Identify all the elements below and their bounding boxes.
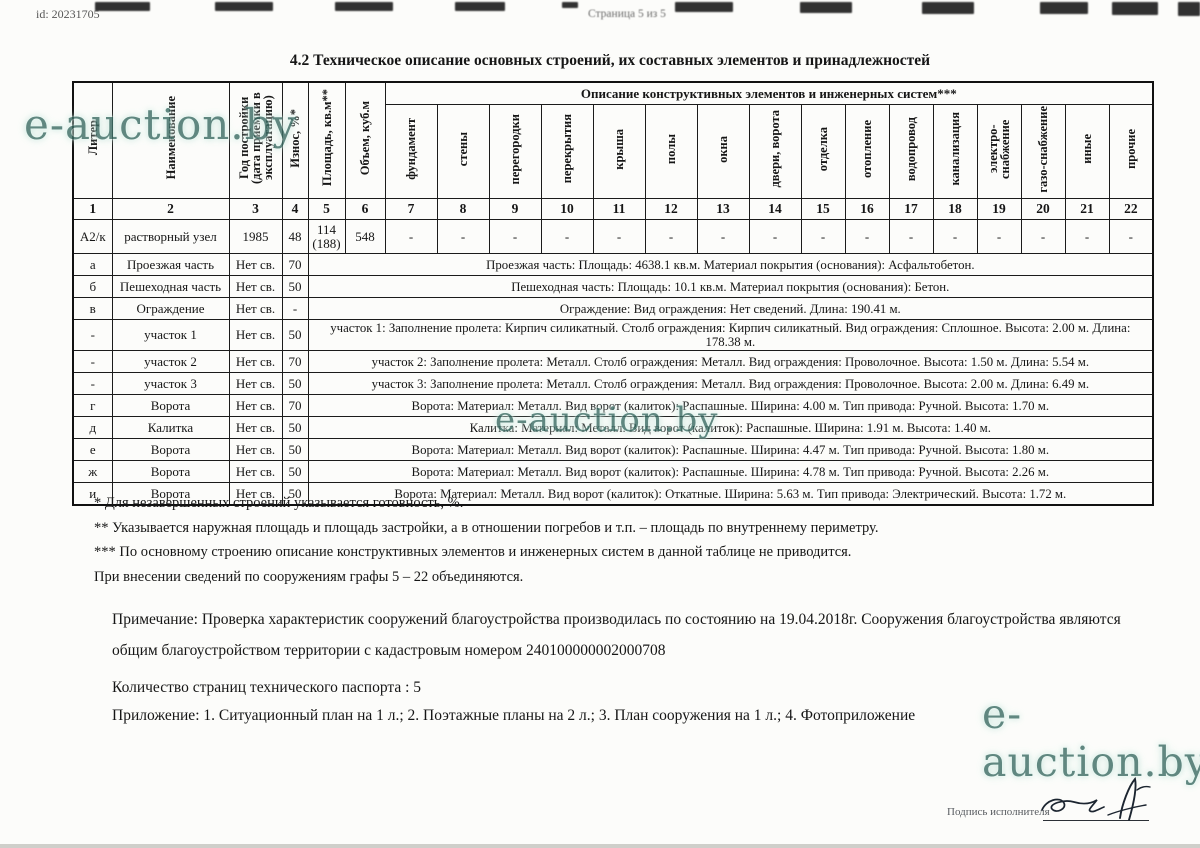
column-number-cell: 17 bbox=[889, 199, 933, 220]
name-cell: Ворота bbox=[112, 439, 229, 461]
year-cell: Нет св. bbox=[229, 351, 282, 373]
value-cell: - bbox=[645, 220, 697, 254]
column-header: стены bbox=[437, 105, 489, 199]
wear-cell: 48 bbox=[282, 220, 308, 254]
year-cell: Нет св. bbox=[229, 254, 282, 276]
column-number-cell: 11 bbox=[593, 199, 645, 220]
attachment-line: Приложение: 1. Ситуационный план на 1 л.… bbox=[112, 707, 915, 725]
column-number-cell: 22 bbox=[1109, 199, 1153, 220]
column-header-label: полы bbox=[665, 134, 677, 164]
column-header: Литер bbox=[73, 82, 112, 199]
volume-cell: 548 bbox=[345, 220, 385, 254]
value-cell: - bbox=[933, 220, 977, 254]
liter-cell: г bbox=[73, 395, 112, 417]
value-cell: - bbox=[1065, 220, 1109, 254]
wear-cell: 70 bbox=[282, 395, 308, 417]
year-cell: Нет св. bbox=[229, 439, 282, 461]
column-header-label: отопление bbox=[861, 120, 873, 178]
column-number-cell: 15 bbox=[801, 199, 845, 220]
year-cell: Нет св. bbox=[229, 395, 282, 417]
technical-description-table: ЛитерНаименованиеГод постройки (дата при… bbox=[72, 81, 1154, 506]
column-number-cell: 20 bbox=[1021, 199, 1065, 220]
column-number-cell: 9 bbox=[489, 199, 541, 220]
area-cell: 114 (188) bbox=[308, 220, 345, 254]
table-header-row: ЛитерНаименованиеГод постройки (дата при… bbox=[73, 82, 1153, 105]
footnote: * Для незавершенных строений указывается… bbox=[94, 491, 878, 516]
description-cell: Ворота: Материал: Металл. Вид ворот (кал… bbox=[308, 439, 1153, 461]
column-header-label: окна bbox=[717, 136, 729, 163]
name-cell: участок 2 bbox=[112, 351, 229, 373]
liter-cell: б bbox=[73, 276, 112, 298]
value-cell: - bbox=[541, 220, 593, 254]
column-header-label: перекрытия bbox=[561, 114, 573, 183]
value-cell: - bbox=[749, 220, 801, 254]
year-cell: Нет св. bbox=[229, 461, 282, 483]
column-number-cell: 8 bbox=[437, 199, 489, 220]
table-row: аПроезжая частьНет св.70Проезжая часть: … bbox=[73, 254, 1153, 276]
table-row: А2/крастворный узел198548114 (188)548---… bbox=[73, 220, 1153, 254]
description-cell: Калитка: Материал: Металл. Вид ворот (ка… bbox=[308, 417, 1153, 439]
column-number-cell: 1 bbox=[73, 199, 112, 220]
note-paragraph: Примечание: Проверка характеристик соору… bbox=[112, 604, 1170, 666]
table-row: -участок 1Нет св.50участок 1: Заполнение… bbox=[73, 320, 1153, 351]
column-number-cell: 2 bbox=[112, 199, 229, 220]
document-id: id: 20231705 bbox=[36, 7, 100, 22]
value-cell: - bbox=[845, 220, 889, 254]
table-row: -участок 3Нет св.50участок 3: Заполнение… bbox=[73, 373, 1153, 395]
column-header-label: Литер bbox=[87, 120, 99, 155]
column-header: Площадь, кв.м** bbox=[308, 82, 345, 199]
column-number-cell: 7 bbox=[385, 199, 437, 220]
value-cell: - bbox=[437, 220, 489, 254]
description-cell: Ограждение: Вид ограждения: Нет сведений… bbox=[308, 298, 1153, 320]
column-number-cell: 12 bbox=[645, 199, 697, 220]
column-header: канализация bbox=[933, 105, 977, 199]
column-header-label: иные bbox=[1081, 134, 1093, 164]
column-number-cell: 3 bbox=[229, 199, 282, 220]
year-cell: Нет св. bbox=[229, 320, 282, 351]
wear-cell: 50 bbox=[282, 461, 308, 483]
wear-cell: 50 bbox=[282, 439, 308, 461]
column-header-label: канализация bbox=[949, 112, 961, 185]
year-cell: Нет св. bbox=[229, 373, 282, 395]
column-header-label: прочие bbox=[1125, 129, 1137, 169]
footnotes: * Для незавершенных строений указывается… bbox=[94, 491, 878, 589]
table-row: еВоротаНет св.50Ворота: Материал: Металл… bbox=[73, 439, 1153, 461]
footnote: *** По основному строению описание конст… bbox=[94, 540, 878, 565]
wear-cell: 70 bbox=[282, 351, 308, 373]
scan-smudge bbox=[7, 3, 66, 223]
column-number-cell: 6 bbox=[345, 199, 385, 220]
column-number-cell: 18 bbox=[933, 199, 977, 220]
column-header-label: стены bbox=[457, 132, 469, 166]
year-cell: 1985 bbox=[229, 220, 282, 254]
signature-label: Подпись исполнителя bbox=[947, 806, 1050, 818]
column-number-cell: 4 bbox=[282, 199, 308, 220]
section-title: 4.2 Техническое описание основных строен… bbox=[0, 52, 1200, 70]
liter-cell: ж bbox=[73, 461, 112, 483]
column-header: перекрытия bbox=[541, 105, 593, 199]
name-cell: Ворота bbox=[112, 395, 229, 417]
column-header: иные bbox=[1065, 105, 1109, 199]
value-cell: - bbox=[385, 220, 437, 254]
description-cell: Пешеходная часть: Площадь: 10.1 кв.м. Ма… bbox=[308, 276, 1153, 298]
wear-cell: 50 bbox=[282, 320, 308, 351]
value-cell: - bbox=[1109, 220, 1153, 254]
column-number-cell: 14 bbox=[749, 199, 801, 220]
column-header: отделка bbox=[801, 105, 845, 199]
column-header: полы bbox=[645, 105, 697, 199]
column-header: крыша bbox=[593, 105, 645, 199]
value-cell: - bbox=[889, 220, 933, 254]
footnote: ** Указывается наружная площадь и площад… bbox=[94, 516, 878, 541]
column-number-cell: 16 bbox=[845, 199, 889, 220]
column-header: Год постройки (дата приемки в эксплуатац… bbox=[229, 82, 282, 199]
description-cell: Ворота: Материал: Металл. Вид ворот (кал… bbox=[308, 395, 1153, 417]
wear-cell: 50 bbox=[282, 417, 308, 439]
pages-count-line: Количество страниц технического паспорта… bbox=[112, 679, 421, 697]
year-cell: Нет св. bbox=[229, 417, 282, 439]
table-row: бПешеходная частьНет св.50Пешеходная час… bbox=[73, 276, 1153, 298]
page-number: Страница 5 из 5 bbox=[588, 8, 666, 20]
column-header-label: электро-снабжение bbox=[987, 105, 1011, 193]
column-header-label: крыша bbox=[613, 129, 625, 170]
table-row: гВоротаНет св.70Ворота: Материал: Металл… bbox=[73, 395, 1153, 417]
column-number-row: 12345678910111213141516171819202122 bbox=[73, 199, 1153, 220]
column-header: Наименование bbox=[112, 82, 229, 199]
column-header-label: фундамент bbox=[405, 118, 417, 180]
signature-handwriting bbox=[1036, 776, 1156, 824]
description-cell: участок 1: Заполнение пролета: Кирпич си… bbox=[308, 320, 1153, 351]
description-cell: участок 2: Заполнение пролета: Металл. С… bbox=[308, 351, 1153, 373]
liter-cell: а bbox=[73, 254, 112, 276]
column-header-label: газо-снабжение bbox=[1037, 106, 1049, 193]
value-cell: - bbox=[977, 220, 1021, 254]
liter-cell: - bbox=[73, 320, 112, 351]
column-header: Износ, %* bbox=[282, 82, 308, 199]
column-number-cell: 19 bbox=[977, 199, 1021, 220]
column-header: двери, ворота bbox=[749, 105, 801, 199]
table-row: вОграждениеНет св.-Ограждение: Вид ограж… bbox=[73, 298, 1153, 320]
column-header: прочие bbox=[1109, 105, 1153, 199]
year-cell: Нет св. bbox=[229, 298, 282, 320]
document-page: id: 20231705 Страница 5 из 5 4.2 Техниче… bbox=[0, 0, 1200, 848]
column-number-cell: 13 bbox=[697, 199, 749, 220]
column-header-label: Износ, %* bbox=[289, 109, 301, 168]
watermark-e-auction: e-auction.by bbox=[982, 690, 1200, 786]
column-header: электро-снабжение bbox=[977, 105, 1021, 199]
name-cell: Проезжая часть bbox=[112, 254, 229, 276]
description-cell: Ворота: Материал: Металл. Вид ворот (кал… bbox=[308, 461, 1153, 483]
column-header: перегородки bbox=[489, 105, 541, 199]
column-number-cell: 5 bbox=[308, 199, 345, 220]
liter-cell: А2/к bbox=[73, 220, 112, 254]
value-cell: - bbox=[1021, 220, 1065, 254]
column-number-cell: 21 bbox=[1065, 199, 1109, 220]
liter-cell: в bbox=[73, 298, 112, 320]
wear-cell: 50 bbox=[282, 276, 308, 298]
liter-cell: д bbox=[73, 417, 112, 439]
column-header-label: Площадь, кв.м** bbox=[321, 89, 333, 186]
wear-cell: - bbox=[282, 298, 308, 320]
liter-cell: - bbox=[73, 351, 112, 373]
name-cell: участок 1 bbox=[112, 320, 229, 351]
table-row: дКалиткаНет св.50Калитка: Материал: Мета… bbox=[73, 417, 1153, 439]
column-header: газо-снабжение bbox=[1021, 105, 1065, 199]
column-header: Объем, куб.м bbox=[345, 82, 385, 199]
name-cell: Ограждение bbox=[112, 298, 229, 320]
liter-cell: - bbox=[73, 373, 112, 395]
name-cell: Калитка bbox=[112, 417, 229, 439]
column-header-label: Наименование bbox=[165, 96, 177, 179]
name-cell: Ворота bbox=[112, 461, 229, 483]
column-header: фундамент bbox=[385, 105, 437, 199]
wear-cell: 50 bbox=[282, 373, 308, 395]
column-header-label: перегородки bbox=[509, 114, 521, 184]
scan-bottom-edge bbox=[0, 844, 1200, 848]
value-cell: - bbox=[489, 220, 541, 254]
liter-cell: е bbox=[73, 439, 112, 461]
value-cell: - bbox=[801, 220, 845, 254]
column-header-label: Объем, куб.м bbox=[359, 101, 371, 175]
column-number-cell: 10 bbox=[541, 199, 593, 220]
table-row: -участок 2Нет св.70участок 2: Заполнение… bbox=[73, 351, 1153, 373]
group-header: Описание конструктивных элементов и инже… bbox=[385, 82, 1153, 105]
wear-cell: 70 bbox=[282, 254, 308, 276]
column-header-label: Год постройки (дата приемки в эксплуатац… bbox=[238, 85, 274, 191]
value-cell: - bbox=[593, 220, 645, 254]
description-cell: участок 3: Заполнение пролета: Металл. С… bbox=[308, 373, 1153, 395]
name-cell: растворный узел bbox=[112, 220, 229, 254]
value-cell: - bbox=[697, 220, 749, 254]
column-header: отопление bbox=[845, 105, 889, 199]
description-cell: Проезжая часть: Площадь: 4638.1 кв.м. Ма… bbox=[308, 254, 1153, 276]
name-cell: участок 3 bbox=[112, 373, 229, 395]
year-cell: Нет св. bbox=[229, 276, 282, 298]
table-row: жВоротаНет св.50Ворота: Материал: Металл… bbox=[73, 461, 1153, 483]
name-cell: Пешеходная часть bbox=[112, 276, 229, 298]
footnote: При внесении сведений по сооружениям гра… bbox=[94, 565, 878, 590]
column-header: водопровод bbox=[889, 105, 933, 199]
column-header-label: отделка bbox=[817, 127, 829, 171]
column-header-label: водопровод bbox=[905, 117, 917, 181]
column-header-label: двери, ворота bbox=[769, 110, 781, 188]
column-header: окна bbox=[697, 105, 749, 199]
